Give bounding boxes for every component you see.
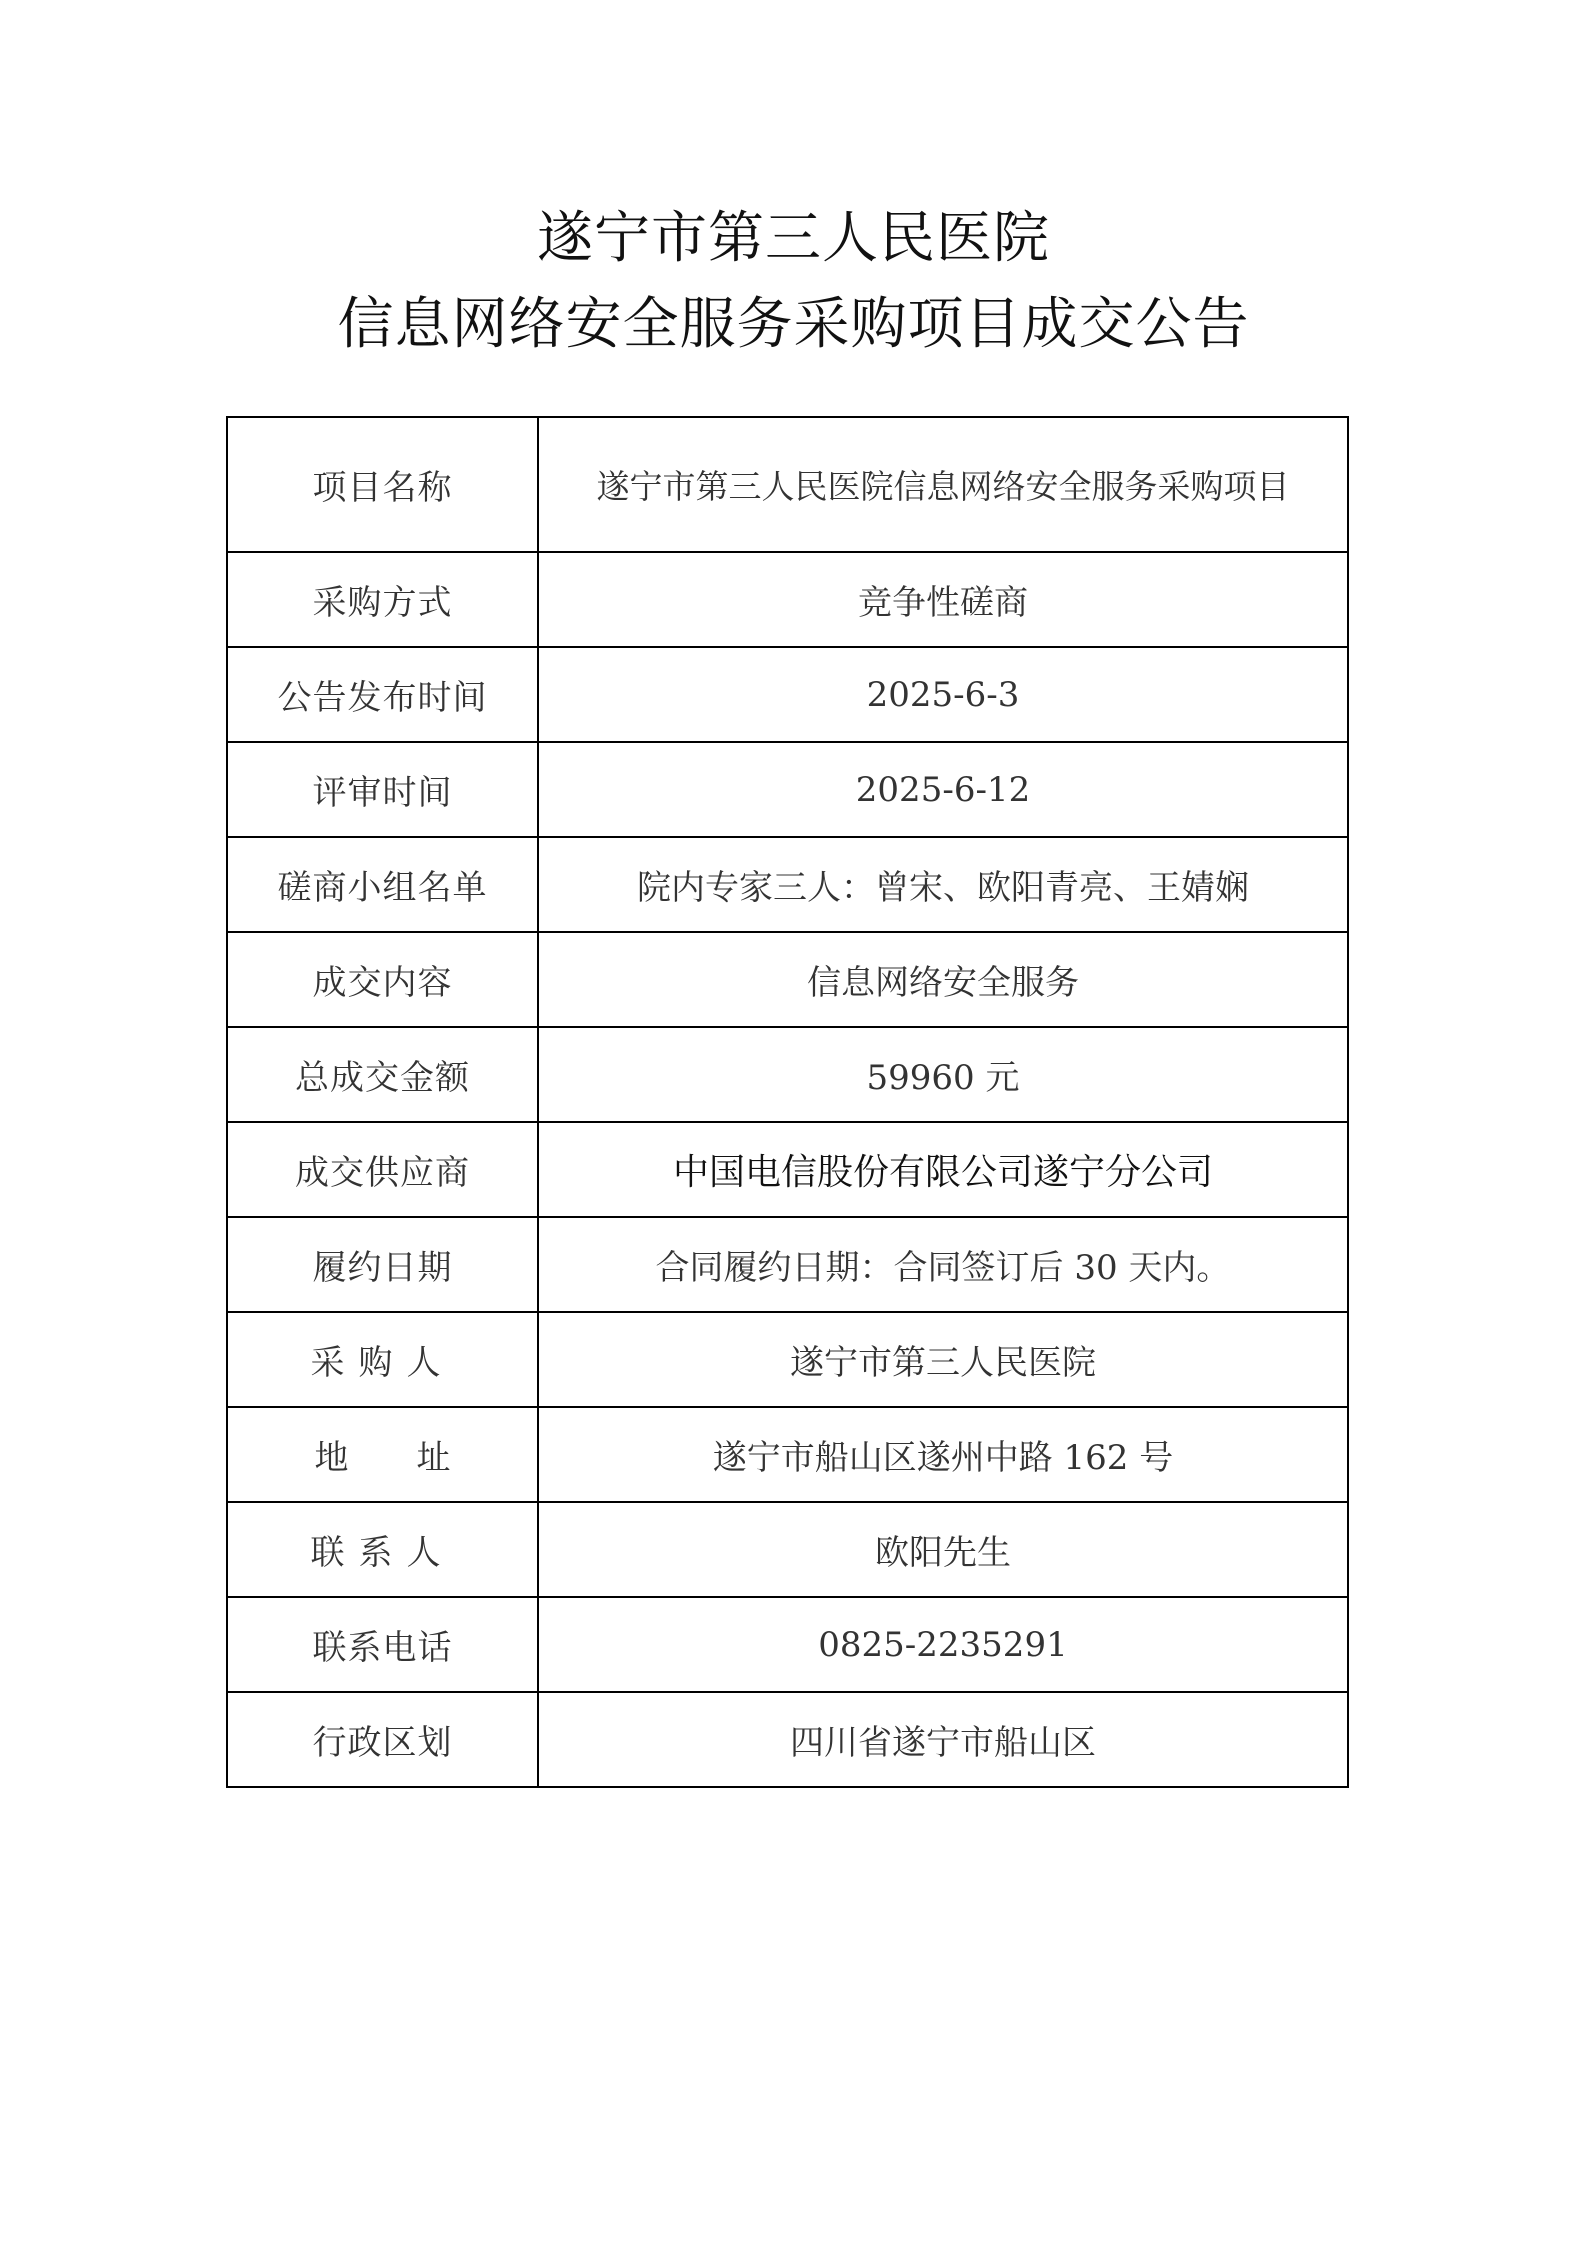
title-line-hospital: 遂宁市第三人民医院 xyxy=(0,196,1587,282)
table-row-contact-phone: 联系电话 0825-2235291 xyxy=(227,1597,1348,1692)
label-total-amount: 总成交金额 xyxy=(227,1027,538,1122)
table-row-supplier: 成交供应商 中国电信股份有限公司遂宁分公司 xyxy=(227,1122,1348,1217)
value-publish-date: 2025-6-3 xyxy=(538,647,1348,742)
label-project-name: 项目名称 xyxy=(227,417,538,552)
label-panel-list: 磋商小组名单 xyxy=(227,837,538,932)
label-contact-person: 联系人 xyxy=(227,1502,538,1597)
title-line-announcement: 信息网络安全服务采购项目成交公告 xyxy=(0,282,1587,368)
label-publish-date: 公告发布时间 xyxy=(227,647,538,742)
document-title: 遂宁市第三人民医院 信息网络安全服务采购项目成交公告 xyxy=(0,196,1587,368)
value-total-amount: 59960 元 xyxy=(538,1027,1348,1122)
label-review-date: 评审时间 xyxy=(227,742,538,837)
value-deal-content: 信息网络安全服务 xyxy=(538,932,1348,1027)
value-address: 遂宁市船山区遂州中路 162 号 xyxy=(538,1407,1348,1502)
value-contact-person: 欧阳先生 xyxy=(538,1502,1348,1597)
value-supplier: 中国电信股份有限公司遂宁分公司 xyxy=(538,1122,1348,1217)
label-purchaser: 采购人 xyxy=(227,1312,538,1407)
value-review-date: 2025-6-12 xyxy=(538,742,1348,837)
label-performance-date: 履约日期 xyxy=(227,1217,538,1312)
table-row-performance-date: 履约日期 合同履约日期：合同签订后 30 天内。 xyxy=(227,1217,1348,1312)
label-address: 地址 xyxy=(227,1407,538,1502)
table-row-review-date: 评审时间 2025-6-12 xyxy=(227,742,1348,837)
value-purchaser: 遂宁市第三人民医院 xyxy=(538,1312,1348,1407)
value-region: 四川省遂宁市船山区 xyxy=(538,1692,1348,1787)
table-row-project-name: 项目名称 遂宁市第三人民医院信息网络安全服务采购项目 xyxy=(227,417,1348,552)
table-row-panel-list: 磋商小组名单 院内专家三人：曾宋、欧阳青亮、王婧娴 xyxy=(227,837,1348,932)
table-row-address: 地址 遂宁市船山区遂州中路 162 号 xyxy=(227,1407,1348,1502)
label-contact-phone: 联系电话 xyxy=(227,1597,538,1692)
label-region: 行政区划 xyxy=(227,1692,538,1787)
table-row-purchaser: 采购人 遂宁市第三人民医院 xyxy=(227,1312,1348,1407)
value-project-name: 遂宁市第三人民医院信息网络安全服务采购项目 xyxy=(538,417,1348,552)
label-procurement-method: 采购方式 xyxy=(227,552,538,647)
label-supplier: 成交供应商 xyxy=(227,1122,538,1217)
table-row-deal-content: 成交内容 信息网络安全服务 xyxy=(227,932,1348,1027)
announcement-table: 项目名称 遂宁市第三人民医院信息网络安全服务采购项目 采购方式 竞争性磋商 公告… xyxy=(226,416,1349,1788)
table-row-region: 行政区划 四川省遂宁市船山区 xyxy=(227,1692,1348,1787)
value-contact-phone: 0825-2235291 xyxy=(538,1597,1348,1692)
label-deal-content: 成交内容 xyxy=(227,932,538,1027)
table-row-contact-person: 联系人 欧阳先生 xyxy=(227,1502,1348,1597)
value-panel-list: 院内专家三人：曾宋、欧阳青亮、王婧娴 xyxy=(538,837,1348,932)
table-row-publish-date: 公告发布时间 2025-6-3 xyxy=(227,647,1348,742)
table-row-total-amount: 总成交金额 59960 元 xyxy=(227,1027,1348,1122)
table-row-procurement-method: 采购方式 竞争性磋商 xyxy=(227,552,1348,647)
value-performance-date: 合同履约日期：合同签订后 30 天内。 xyxy=(538,1217,1348,1312)
value-procurement-method: 竞争性磋商 xyxy=(538,552,1348,647)
